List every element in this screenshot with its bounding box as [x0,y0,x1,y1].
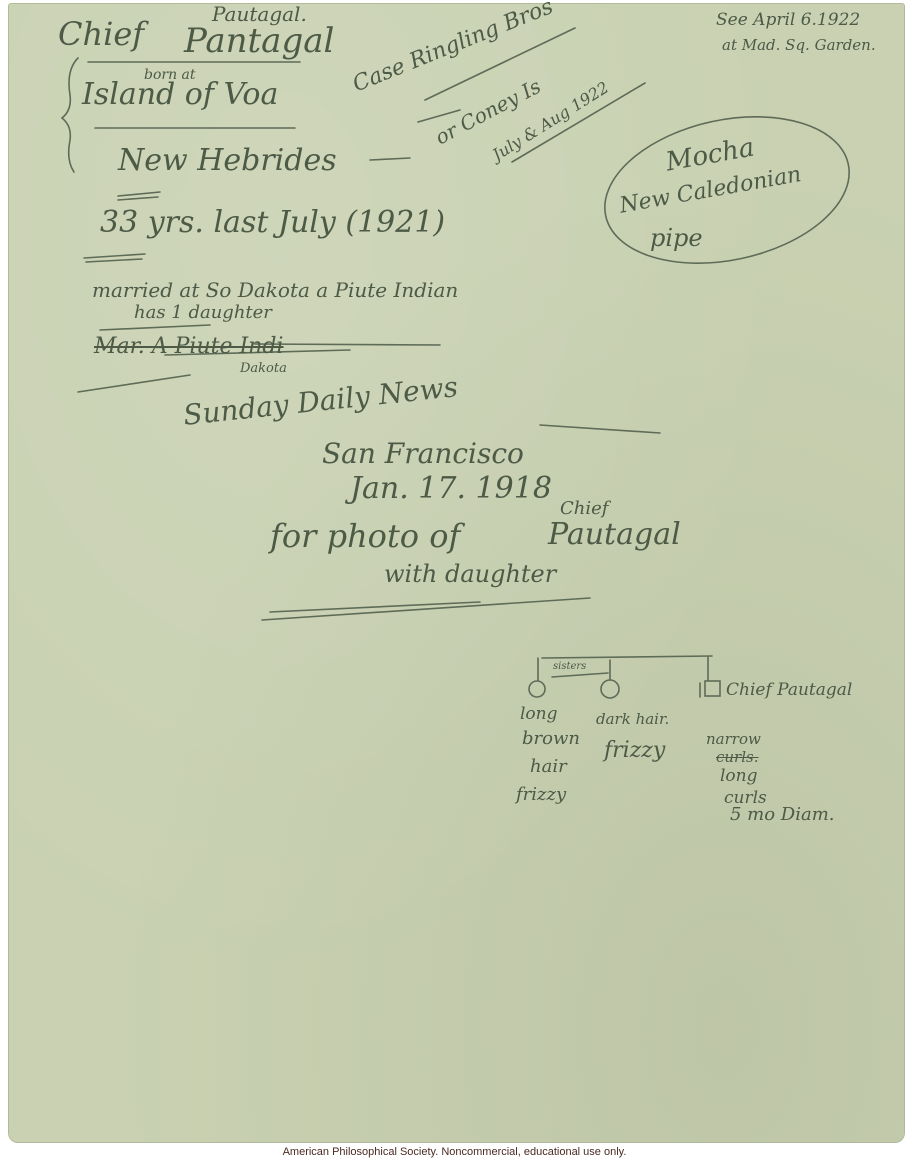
brace-mark [62,58,78,172]
source-name: Pautagal [548,520,681,550]
married-line1: married at So Dakota a Piute Indian [92,280,458,300]
source-chief: Chief [560,500,608,518]
source-line2: San Francisco [322,440,524,468]
sister1-trait: frizzy [516,786,566,804]
see-april-line2: at Mad. Sq. Garden. [722,38,876,53]
dakota-text: Dakota [240,362,287,375]
sister1-trait: hair [530,758,567,776]
region-text: New Hebrides [118,146,337,176]
sister2-trait: dark hair. [596,712,669,727]
title-name: Pantagal [184,24,334,58]
pedigree-sisters-label: sisters [553,662,586,672]
see-april-line1: See April 6.1922 [716,12,860,29]
source-line4: for photo of [270,520,460,552]
chief-trait: curls. [716,750,759,765]
title-chief: Chief [58,18,144,50]
chief-trait: narrow [706,732,761,747]
source-date: Jan. 17. 1918 [350,474,552,504]
sister2-trait: frizzy [604,740,665,762]
married-line2: has 1 daughter [134,304,272,322]
sister1-trait: brown [522,730,580,748]
pedigree-chief-label: Chief Pautagal [726,682,852,699]
married-struck: Mar. A Piute Indi [94,336,283,358]
island-text: Island of Voa [82,80,278,110]
chief-trait: 5 mo Diam. [730,806,835,824]
sister1-trait: long [520,706,558,723]
age-text: 33 yrs. last July (1921) [100,208,445,238]
footer-credit: American Philosophical Society. Noncomme… [0,1146,909,1158]
mocha-line3: pipe [650,226,703,250]
chief-trait: long [720,768,758,785]
source-line5: with daughter [384,562,556,586]
